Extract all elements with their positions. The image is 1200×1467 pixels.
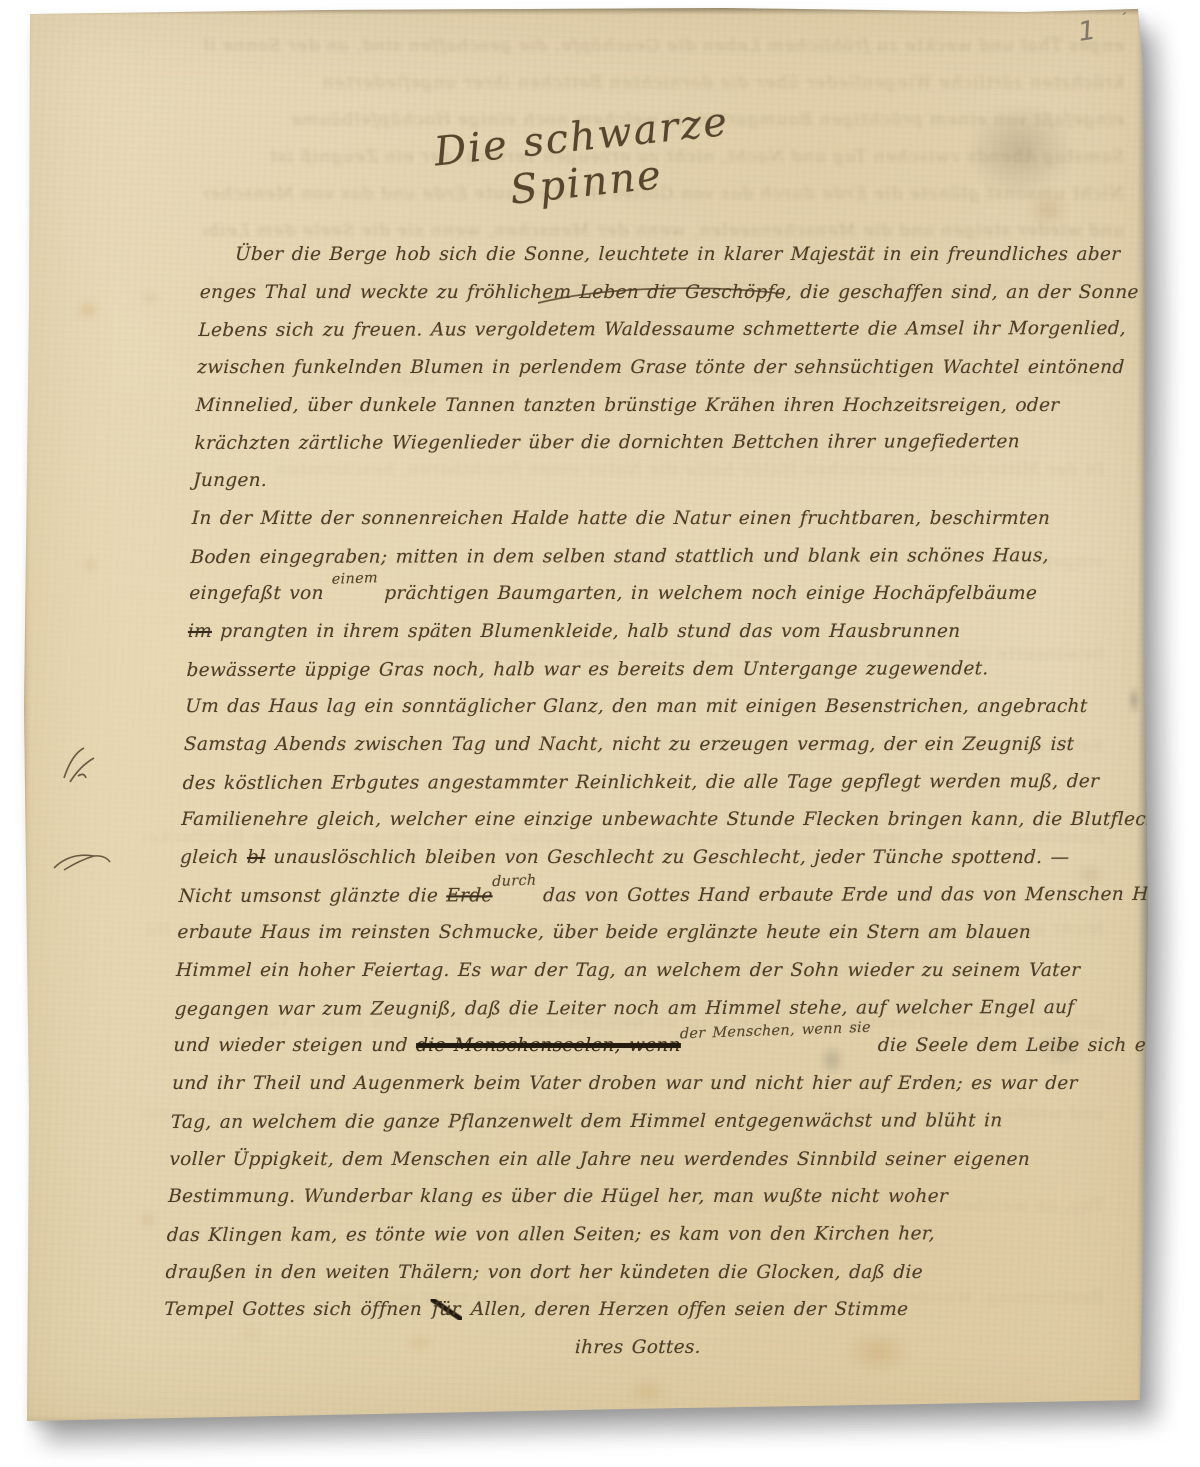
- manuscript-line: bewässerte üppige Gras noch, halb war es…: [186, 650, 1137, 690]
- line-text: Bestimmung. Wunderbar klang es über die …: [168, 1186, 949, 1207]
- line-text: unauslöschlich bleiben von Geschlecht zu…: [265, 847, 1070, 868]
- strikethrough-text: die Menschenseelen, wenn: [416, 1035, 682, 1056]
- paper-sheet: enges Thal und weckte zu fröhlichem Lebe…: [24, 8, 1148, 1424]
- line-text: die Seele dem Leibe sich entwindet: [869, 1035, 1200, 1056]
- line-text: krächzten zärtliche Wiegenlieder über di…: [194, 432, 1020, 455]
- line-text: Familienehre gleich, welcher eine einzig…: [181, 809, 1181, 830]
- manuscript-line: und wieder steigen und die Menschenseele…: [173, 1027, 1124, 1065]
- stain: [620, 1374, 675, 1409]
- line-text: und wieder steigen und: [173, 1035, 416, 1056]
- margin-ink-mark: [54, 742, 106, 788]
- insertion-text: durch: [492, 862, 536, 901]
- line-text: Über die Berge hob sich die Sonne, leuch…: [235, 244, 1121, 265]
- manuscript-line: Nicht umsonst glänzte die Erdedurch das …: [178, 876, 1129, 916]
- line-text: des köstlichen Erbgutes angestammter Rei…: [182, 771, 1099, 794]
- line-text: das Klingen kam, es tönte wie von allen …: [166, 1223, 935, 1246]
- line-text: Tempel Gottes sich öffnen: [164, 1299, 431, 1320]
- manuscript-line: krächzten zärtliche Wiegenlieder über di…: [194, 423, 1145, 463]
- manuscript-line: Familienehre gleich, welcher eine einzig…: [181, 801, 1132, 839]
- manuscript-line: eingefaßt von einem prächtigen Baumgarte…: [189, 575, 1140, 613]
- strikethrough-text: Erde: [446, 885, 493, 906]
- manuscript-page: enges Thal und weckte zu fröhlichem Lebe…: [0, 0, 1200, 1467]
- manuscript-line: gegangen war zum Zeugniß, daß die Leiter…: [174, 989, 1125, 1029]
- line-text: Allen, deren Herzen offen seien der Stim…: [462, 1299, 908, 1320]
- strikethrough-text: bl: [247, 847, 266, 868]
- manuscript-line: im prangten in ihrem späten Blumenkleide…: [187, 613, 1138, 651]
- manuscript-line: das Klingen kam, es tönte wie von allen …: [166, 1215, 1117, 1255]
- line-text: draußen in den weiten Thälern; von dort …: [165, 1262, 923, 1283]
- manuscript-line: Um das Haus lag ein sonntäglicher Glanz,…: [185, 688, 1136, 726]
- manuscript-line: Tag, an welchem die ganze Pflanzenwelt d…: [170, 1102, 1121, 1142]
- manuscript-line: ihres Gottes.: [162, 1328, 1113, 1368]
- line-text: das von Gottes Hand erbaute Erde und das…: [535, 884, 1200, 906]
- bleedthrough-line: krächzten zärtliche Wiegenlieder über di…: [203, 73, 1124, 93]
- manuscript-line: voller Üppigkeit, dem Menschen ein alle …: [169, 1141, 1120, 1179]
- manuscript-line: Minnelied, über dunkele Tannen tanzten b…: [195, 387, 1146, 425]
- line-text: Tag, an welchem die ganze Pflanzenwelt d…: [170, 1110, 1002, 1133]
- manuscript-line: des köstlichen Erbgutes angestammter Rei…: [182, 763, 1133, 803]
- margin-ink-mark: [50, 846, 116, 878]
- manuscript-line: Bestimmung. Wunderbar klang es über die …: [168, 1178, 1119, 1216]
- manuscript-title: Die schwarze Spinne: [380, 93, 787, 226]
- line-text: erbaute Haus im reinsten Schmucke, über …: [177, 922, 1031, 943]
- stain: [73, 298, 103, 322]
- manuscript-line: zwischen funkelnden Blumen in perlendem …: [196, 349, 1147, 387]
- manuscript-line: In der Mitte der sonnenreichen Halde hat…: [191, 500, 1142, 538]
- line-text: eingefaßt von: [189, 583, 332, 604]
- line-text: bewässerte üppige Gras noch, halb war es…: [186, 658, 989, 681]
- stain: [945, 85, 1095, 215]
- stain: [79, 556, 101, 574]
- line-text: gleich: [180, 847, 248, 868]
- line-text: Himmel ein hoher Feiertag. Es war der Ta…: [176, 960, 1081, 981]
- line-text: Lebens sich zu freuen. Aus vergoldetem W…: [198, 318, 1126, 341]
- insertion-text: der Menschen, wenn sie: [680, 1010, 871, 1054]
- stain: [1018, 185, 1078, 235]
- line-text: zwischen funkelnden Blumen in perlendem …: [197, 357, 1125, 378]
- stain: [140, 290, 160, 306]
- manuscript-line: draußen in den weiten Thälern; von dort …: [165, 1254, 1116, 1292]
- manuscript-line: gleich bl unauslöschlich bleiben von Ges…: [179, 839, 1130, 877]
- line-text: In der Mitte der sonnenreichen Halde hat…: [192, 508, 1051, 529]
- page-number-pencil: 1: [1077, 15, 1096, 48]
- manuscript-line: Samstag Abends zwischen Tag und Nacht, n…: [183, 726, 1134, 764]
- line-text: ihres Gottes.: [575, 1337, 702, 1358]
- line-text: Samstag Abends zwischen Tag und Nacht, n…: [184, 734, 1075, 755]
- paper-edge-right: [1137, 8, 1148, 1424]
- manuscript-line: Jungen.: [193, 462, 1144, 500]
- strikethrough-text: im: [188, 621, 213, 642]
- manuscript-body: Über die Berge hob sich die Sonne, leuch…: [162, 236, 1151, 1367]
- line-text: gegangen war zum Zeugniß, daß die Leiter…: [174, 997, 1074, 1020]
- manuscript-line: Tempel Gottes sich öffnen für Allen, der…: [164, 1291, 1115, 1329]
- line-text: voller Üppigkeit, dem Menschen ein alle …: [169, 1149, 1030, 1170]
- line-text: und ihr Theil und Augenmerk beim Vater d…: [172, 1073, 1078, 1094]
- manuscript-line: Lebens sich zu freuen. Aus vergoldetem W…: [198, 310, 1149, 350]
- line-text: prangten in ihrem späten Blumenkleide, h…: [212, 621, 961, 642]
- stain: [135, 1210, 161, 1230]
- manuscript-line: erbaute Haus im reinsten Schmucke, über …: [177, 914, 1128, 952]
- line-text: Jungen.: [193, 470, 268, 491]
- line-text: Um das Haus lag ein sonntäglicher Glanz,…: [185, 696, 1088, 717]
- line-text: enges Thal und weckte zu fröhlichem Lebe…: [199, 282, 1195, 303]
- manuscript-line: enges Thal und weckte zu fröhlichem Lebe…: [199, 274, 1150, 312]
- strikethrough-text: für: [430, 1299, 463, 1320]
- line-text: Minnelied, über dunkele Tannen tanzten b…: [195, 395, 1059, 416]
- manuscript-line: Himmel ein hoher Feiertag. Es war der Ta…: [175, 952, 1126, 990]
- line-text: Nicht umsonst glänzte die: [178, 885, 446, 907]
- bleedthrough-line: enges Thal und weckte zu fröhlichem Lebe…: [203, 36, 1124, 56]
- line-text: Boden eingegraben; mitten in dem selben …: [190, 545, 1049, 568]
- manuscript-line: Über die Berge hob sich die Sonne, leuch…: [200, 236, 1151, 274]
- paper-edge-top: [24, 8, 1148, 15]
- manuscript-line: und ihr Theil und Augenmerk beim Vater d…: [171, 1065, 1122, 1103]
- line-text: prächtigen Baumgarten, in welchem noch e…: [376, 583, 1038, 604]
- insertion-text: einem: [331, 560, 377, 599]
